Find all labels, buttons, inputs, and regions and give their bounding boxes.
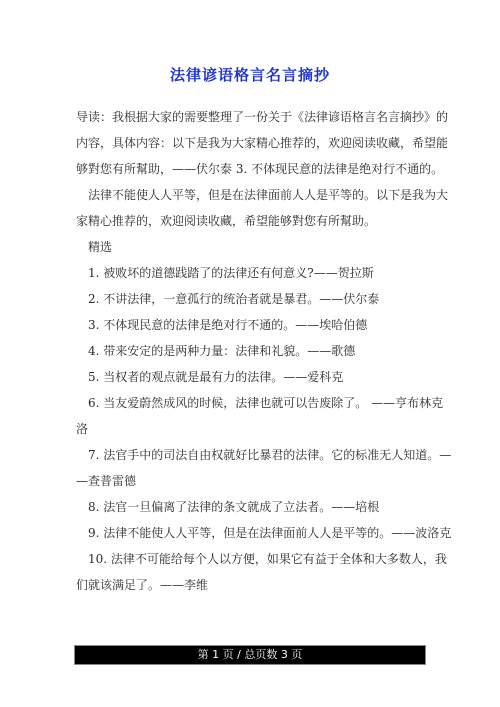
section-label-block: 精选 [76, 234, 428, 260]
intro-line: 导读：我根据大家的需要整理了一份关于《法律谚语格言名言摘抄》的 [76, 104, 428, 130]
quote-item: 2. 不讲法律，一意孤行的统治者就是暴君。——伏尔泰 [76, 286, 428, 312]
page-indicator: 第 1 页 / 总页数 3 页 [198, 648, 303, 661]
quote-item: 9. 法律不能使人人平等，但是在法律面前人人是平等的。——波洛克 [76, 520, 428, 546]
quote-item: 4. 带来安定的是两种力量：法律和礼貌。——歌德 [76, 338, 428, 364]
paragraph-line: 家精心推荐的，欢迎阅读收藏，希望能够對您有所幫助。 [76, 208, 428, 234]
quote-item: 8. 法官一旦偏离了法律的条文就成了立法者。——培根 [76, 494, 428, 520]
quote-line: —查普雷德 [76, 468, 428, 494]
page-footer-bar: 第 1 页 / 总页数 3 页 [74, 645, 426, 665]
quote-item: 10. 法律不可能给每个人以方便，如果它有益于全体和大多数人，我 们就该满足了。… [76, 546, 428, 598]
quote-line: 10. 法律不可能给每个人以方便，如果它有益于全体和大多数人，我 [76, 546, 428, 572]
intro-line: 够對您有所幫助，——伏尔泰 3. 不体现民意的法律是绝对行不通的。 [76, 156, 428, 182]
quote-line: 洛 [76, 416, 428, 442]
quote-line: 4. 带来安定的是两种力量：法律和礼貌。——歌德 [76, 338, 428, 364]
quote-line: 5. 当权者的观点就是最有力的法律。——爱科克 [76, 364, 428, 390]
quote-item: 5. 当权者的观点就是最有力的法律。——爱科克 [76, 364, 428, 390]
quote-line: 3. 不体现民意的法律是绝对行不通的。——埃哈伯德 [76, 312, 428, 338]
quote-item: 7. 法官手中的司法自由权就好比暴君的法律。它的标准无人知道。— —查普雷德 [76, 442, 428, 494]
section-label: 精选 [76, 234, 428, 260]
quote-line: 8. 法官一旦偏离了法律的条文就成了立法者。——培根 [76, 494, 428, 520]
quote-line: 1. 被败坏的道德践踏了的法律还有何意义?——贺拉斯 [76, 260, 428, 286]
quote-item: 3. 不体现民意的法律是绝对行不通的。——埃哈伯德 [76, 312, 428, 338]
second-paragraph: 法律不能使人人平等，但是在法律面前人人是平等的。以下是我为大 家精心推荐的，欢迎… [76, 182, 428, 234]
intro-line: 内容，具体内容：以下是我为大家精心推荐的，欢迎阅读收藏，希望能 [76, 130, 428, 156]
quote-item: 6. 当友爱蔚然成风的时候，法律也就可以告废除了。 ——亨布林克 洛 [76, 390, 428, 442]
document-title: 法律谚语格言名言摘抄 [0, 64, 500, 85]
quote-line: 9. 法律不能使人人平等，但是在法律面前人人是平等的。——波洛克 [76, 520, 428, 546]
quote-list: 1. 被败坏的道德践踏了的法律还有何意义?——贺拉斯 2. 不讲法律，一意孤行的… [76, 260, 428, 598]
quote-item: 1. 被败坏的道德践踏了的法律还有何意义?——贺拉斯 [76, 260, 428, 286]
quote-line: 们就该满足了。——李维 [76, 572, 428, 598]
quote-line: 7. 法官手中的司法自由权就好比暴君的法律。它的标准无人知道。— [76, 442, 428, 468]
intro-paragraph: 导读：我根据大家的需要整理了一份关于《法律谚语格言名言摘抄》的 内容，具体内容：… [76, 104, 428, 182]
quote-line: 6. 当友爱蔚然成风的时候，法律也就可以告废除了。 ——亨布林克 [76, 390, 428, 416]
paragraph-line: 法律不能使人人平等，但是在法律面前人人是平等的。以下是我为大 [76, 182, 428, 208]
quote-line: 2. 不讲法律，一意孤行的统治者就是暴君。——伏尔泰 [76, 286, 428, 312]
